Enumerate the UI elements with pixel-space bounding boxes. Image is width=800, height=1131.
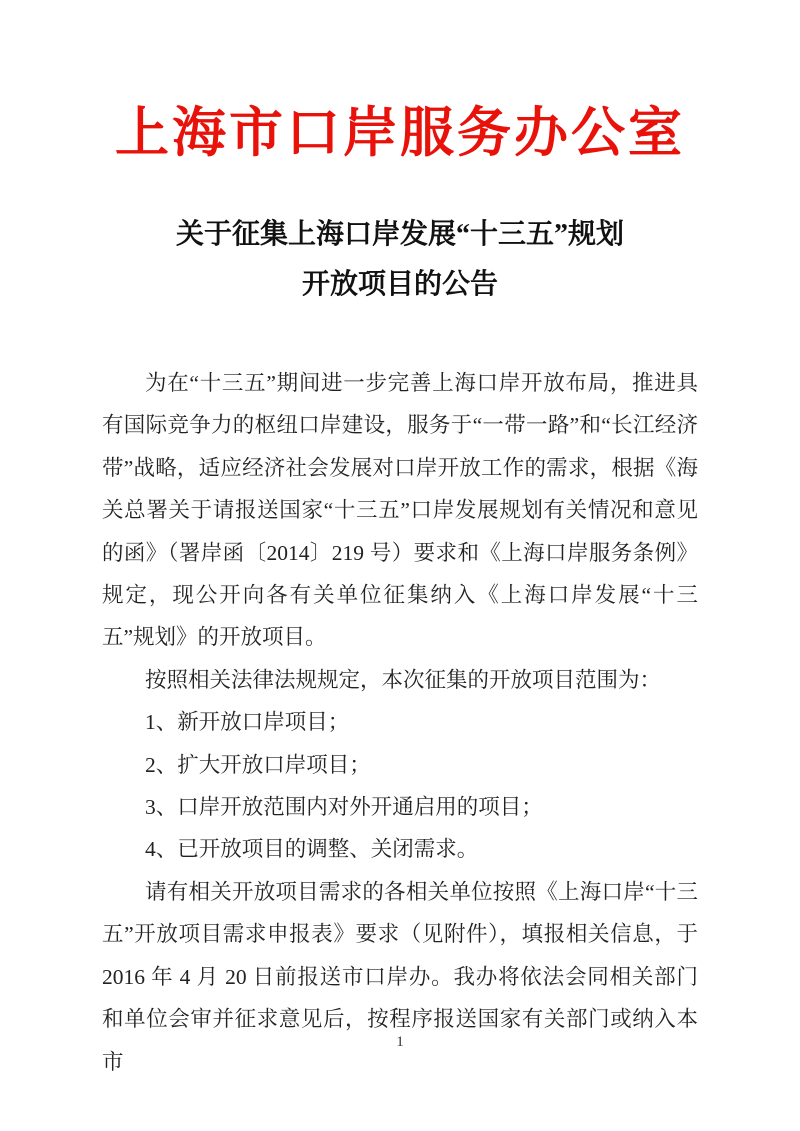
list-item-4: 4、已开放项目的调整、关闭需求。	[102, 828, 698, 870]
document-title-line-2: 开放项目的公告	[0, 260, 800, 310]
page-number: 1	[0, 1034, 800, 1051]
document-page: 上海市口岸服务办公室 关于征集上海口岸发展“十三五”规划 开放项目的公告 为在“…	[0, 0, 800, 1131]
list-item-2: 2、扩大开放口岸项目；	[102, 744, 698, 786]
document-title-line-1: 关于征集上海口岸发展“十三五”规划	[0, 210, 800, 260]
paragraph-scope-lead-in: 按照相关法律法规规定，本次征集的开放项目范围为：	[102, 659, 698, 701]
paragraph-intro: 为在“十三五”期间进一步完善上海口岸开放布局，推进具有国际竞争力的枢纽口岸建设，…	[102, 362, 698, 659]
org-masthead: 上海市口岸服务办公室	[0, 0, 800, 170]
list-item-3: 3、口岸开放范围内对外开通启用的项目；	[102, 786, 698, 828]
document-title: 关于征集上海口岸发展“十三五”规划 开放项目的公告	[0, 210, 800, 310]
document-body: 为在“十三五”期间进一步完善上海口岸开放布局，推进具有国际竞争力的枢纽口岸建设，…	[102, 362, 698, 1083]
list-item-1: 1、新开放口岸项目；	[102, 701, 698, 743]
paragraph-submission-instructions: 请有相关开放项目需求的各相关单位按照《上海口岸“十三五”开放项目需求申报表》要求…	[102, 871, 698, 1083]
